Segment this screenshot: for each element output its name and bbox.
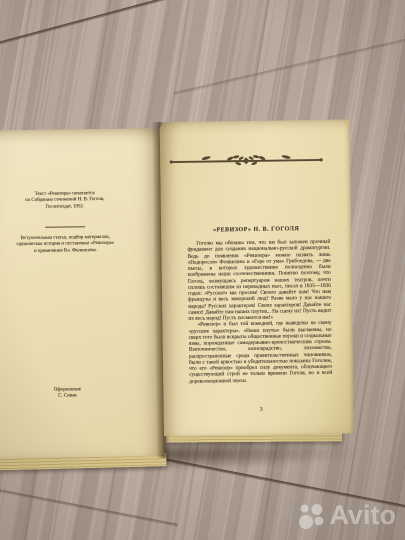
avito-logo-icon [297,501,327,531]
headpiece-ornament-icon [168,152,324,168]
chapter-heading: «РЕВИЗОР» Н. В. ГОГОЛЯ [185,226,327,234]
design-credit-line: С. Сивак [0,393,148,402]
open-book: Текст «Ревизора» печатается по Собранию … [0,111,360,468]
design-credit: Оформление С. Сивак [0,386,148,401]
body-text: Гоголю мы обязаны тем, что им был заложе… [187,239,332,385]
edition-note: Текст «Ревизора» печатается по Собранию … [0,190,145,211]
right-page: «РЕВИЗОР» Н. В. ГОГОЛЯ Гоголю мы обязаны… [160,120,354,437]
paragraph: «Ревизор» и был той комедией, где выведе… [188,320,332,384]
divider-rule [45,226,85,228]
avito-watermark: Avito [297,500,397,531]
page-number: 3 [190,406,333,414]
avito-watermark-text: Avito [330,500,397,531]
left-page: Текст «Ревизора» печатается по Собранию … [0,128,164,458]
paragraph: Гоголю мы обязаны тем, что им был заложе… [187,239,331,322]
page-corner-fold [341,120,350,129]
photo-scene: Текст «Ревизора» печатается по Собранию … [0,0,405,540]
credits-note: Вступительная статья, подбор материалов,… [0,234,145,255]
edition-note-line: Гослитиздат, 1952. [0,203,145,212]
